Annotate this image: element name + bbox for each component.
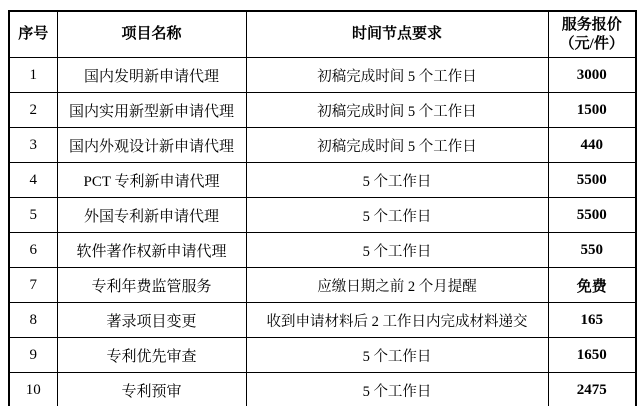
- col-header-price-line1: 服务报价: [552, 16, 633, 35]
- table-header-row: 序号 项目名称 时间节点要求 服务报价 （元/件）: [9, 11, 636, 58]
- col-header-time: 时间节点要求: [246, 11, 548, 58]
- project-name-cell: 外国专利新申请代理: [57, 198, 246, 233]
- row-index-cell: 2: [9, 93, 57, 128]
- row-index-cell: 4: [9, 163, 57, 198]
- project-name-cell: 专利年费监管服务: [57, 268, 246, 303]
- price-cell: 3000: [548, 58, 636, 93]
- time-requirement-cell: 5 个工作日: [246, 373, 548, 406]
- time-requirement-cell: 初稿完成时间 5 个工作日: [246, 58, 548, 93]
- row-index-cell: 5: [9, 198, 57, 233]
- row-index-cell: 10: [9, 373, 57, 406]
- row-index-cell: 9: [9, 338, 57, 373]
- project-name-cell: 著录项目变更: [57, 303, 246, 338]
- project-name-cell: 专利预审: [57, 373, 246, 406]
- time-requirement-cell: 5 个工作日: [246, 198, 548, 233]
- price-cell: 1500: [548, 93, 636, 128]
- time-requirement-cell: 5 个工作日: [246, 163, 548, 198]
- col-header-name: 项目名称: [57, 11, 246, 58]
- time-requirement-cell: 初稿完成时间 5 个工作日: [246, 128, 548, 163]
- time-requirement-cell: 初稿完成时间 5 个工作日: [246, 93, 548, 128]
- service-price-table: 序号 项目名称 时间节点要求 服务报价 （元/件） 1 国内发明新申请代理 初稿…: [8, 10, 637, 406]
- col-header-price: 服务报价 （元/件）: [548, 11, 636, 58]
- project-name-cell: 国内实用新型新申请代理: [57, 93, 246, 128]
- row-index-cell: 8: [9, 303, 57, 338]
- row-index-cell: 1: [9, 58, 57, 93]
- table-row: 3 国内外观设计新申请代理 初稿完成时间 5 个工作日 440: [9, 128, 636, 163]
- project-name-cell: PCT 专利新申请代理: [57, 163, 246, 198]
- price-cell: 550: [548, 233, 636, 268]
- time-requirement-cell: 5 个工作日: [246, 338, 548, 373]
- col-header-price-line2: （元/件）: [552, 35, 633, 54]
- table-row: 4 PCT 专利新申请代理 5 个工作日 5500: [9, 163, 636, 198]
- time-requirement-cell: 5 个工作日: [246, 233, 548, 268]
- project-name-cell: 国内外观设计新申请代理: [57, 128, 246, 163]
- price-cell: 5500: [548, 163, 636, 198]
- table-row: 8 著录项目变更 收到申请材料后 2 工作日内完成材料递交 165: [9, 303, 636, 338]
- project-name-cell: 国内发明新申请代理: [57, 58, 246, 93]
- table-row: 10 专利预审 5 个工作日 2475: [9, 373, 636, 406]
- price-cell: 免费: [548, 268, 636, 303]
- project-name-cell: 专利优先审查: [57, 338, 246, 373]
- table-row: 9 专利优先审查 5 个工作日 1650: [9, 338, 636, 373]
- price-cell: 1650: [548, 338, 636, 373]
- row-index-cell: 6: [9, 233, 57, 268]
- table-row: 7 专利年费监管服务 应缴日期之前 2 个月提醒 免费: [9, 268, 636, 303]
- table-row: 2 国内实用新型新申请代理 初稿完成时间 5 个工作日 1500: [9, 93, 636, 128]
- table-row: 6 软件著作权新申请代理 5 个工作日 550: [9, 233, 636, 268]
- row-index-cell: 3: [9, 128, 57, 163]
- table-row: 1 国内发明新申请代理 初稿完成时间 5 个工作日 3000: [9, 58, 636, 93]
- price-cell: 2475: [548, 373, 636, 406]
- table-row: 5 外国专利新申请代理 5 个工作日 5500: [9, 198, 636, 233]
- table-body: 1 国内发明新申请代理 初稿完成时间 5 个工作日 3000 2 国内实用新型新…: [9, 58, 636, 406]
- price-cell: 440: [548, 128, 636, 163]
- price-cell: 165: [548, 303, 636, 338]
- price-cell: 5500: [548, 198, 636, 233]
- time-requirement-cell: 应缴日期之前 2 个月提醒: [246, 268, 548, 303]
- row-index-cell: 7: [9, 268, 57, 303]
- col-header-index: 序号: [9, 11, 57, 58]
- time-requirement-cell: 收到申请材料后 2 工作日内完成材料递交: [246, 303, 548, 338]
- project-name-cell: 软件著作权新申请代理: [57, 233, 246, 268]
- page: 序号 项目名称 时间节点要求 服务报价 （元/件） 1 国内发明新申请代理 初稿…: [0, 0, 643, 406]
